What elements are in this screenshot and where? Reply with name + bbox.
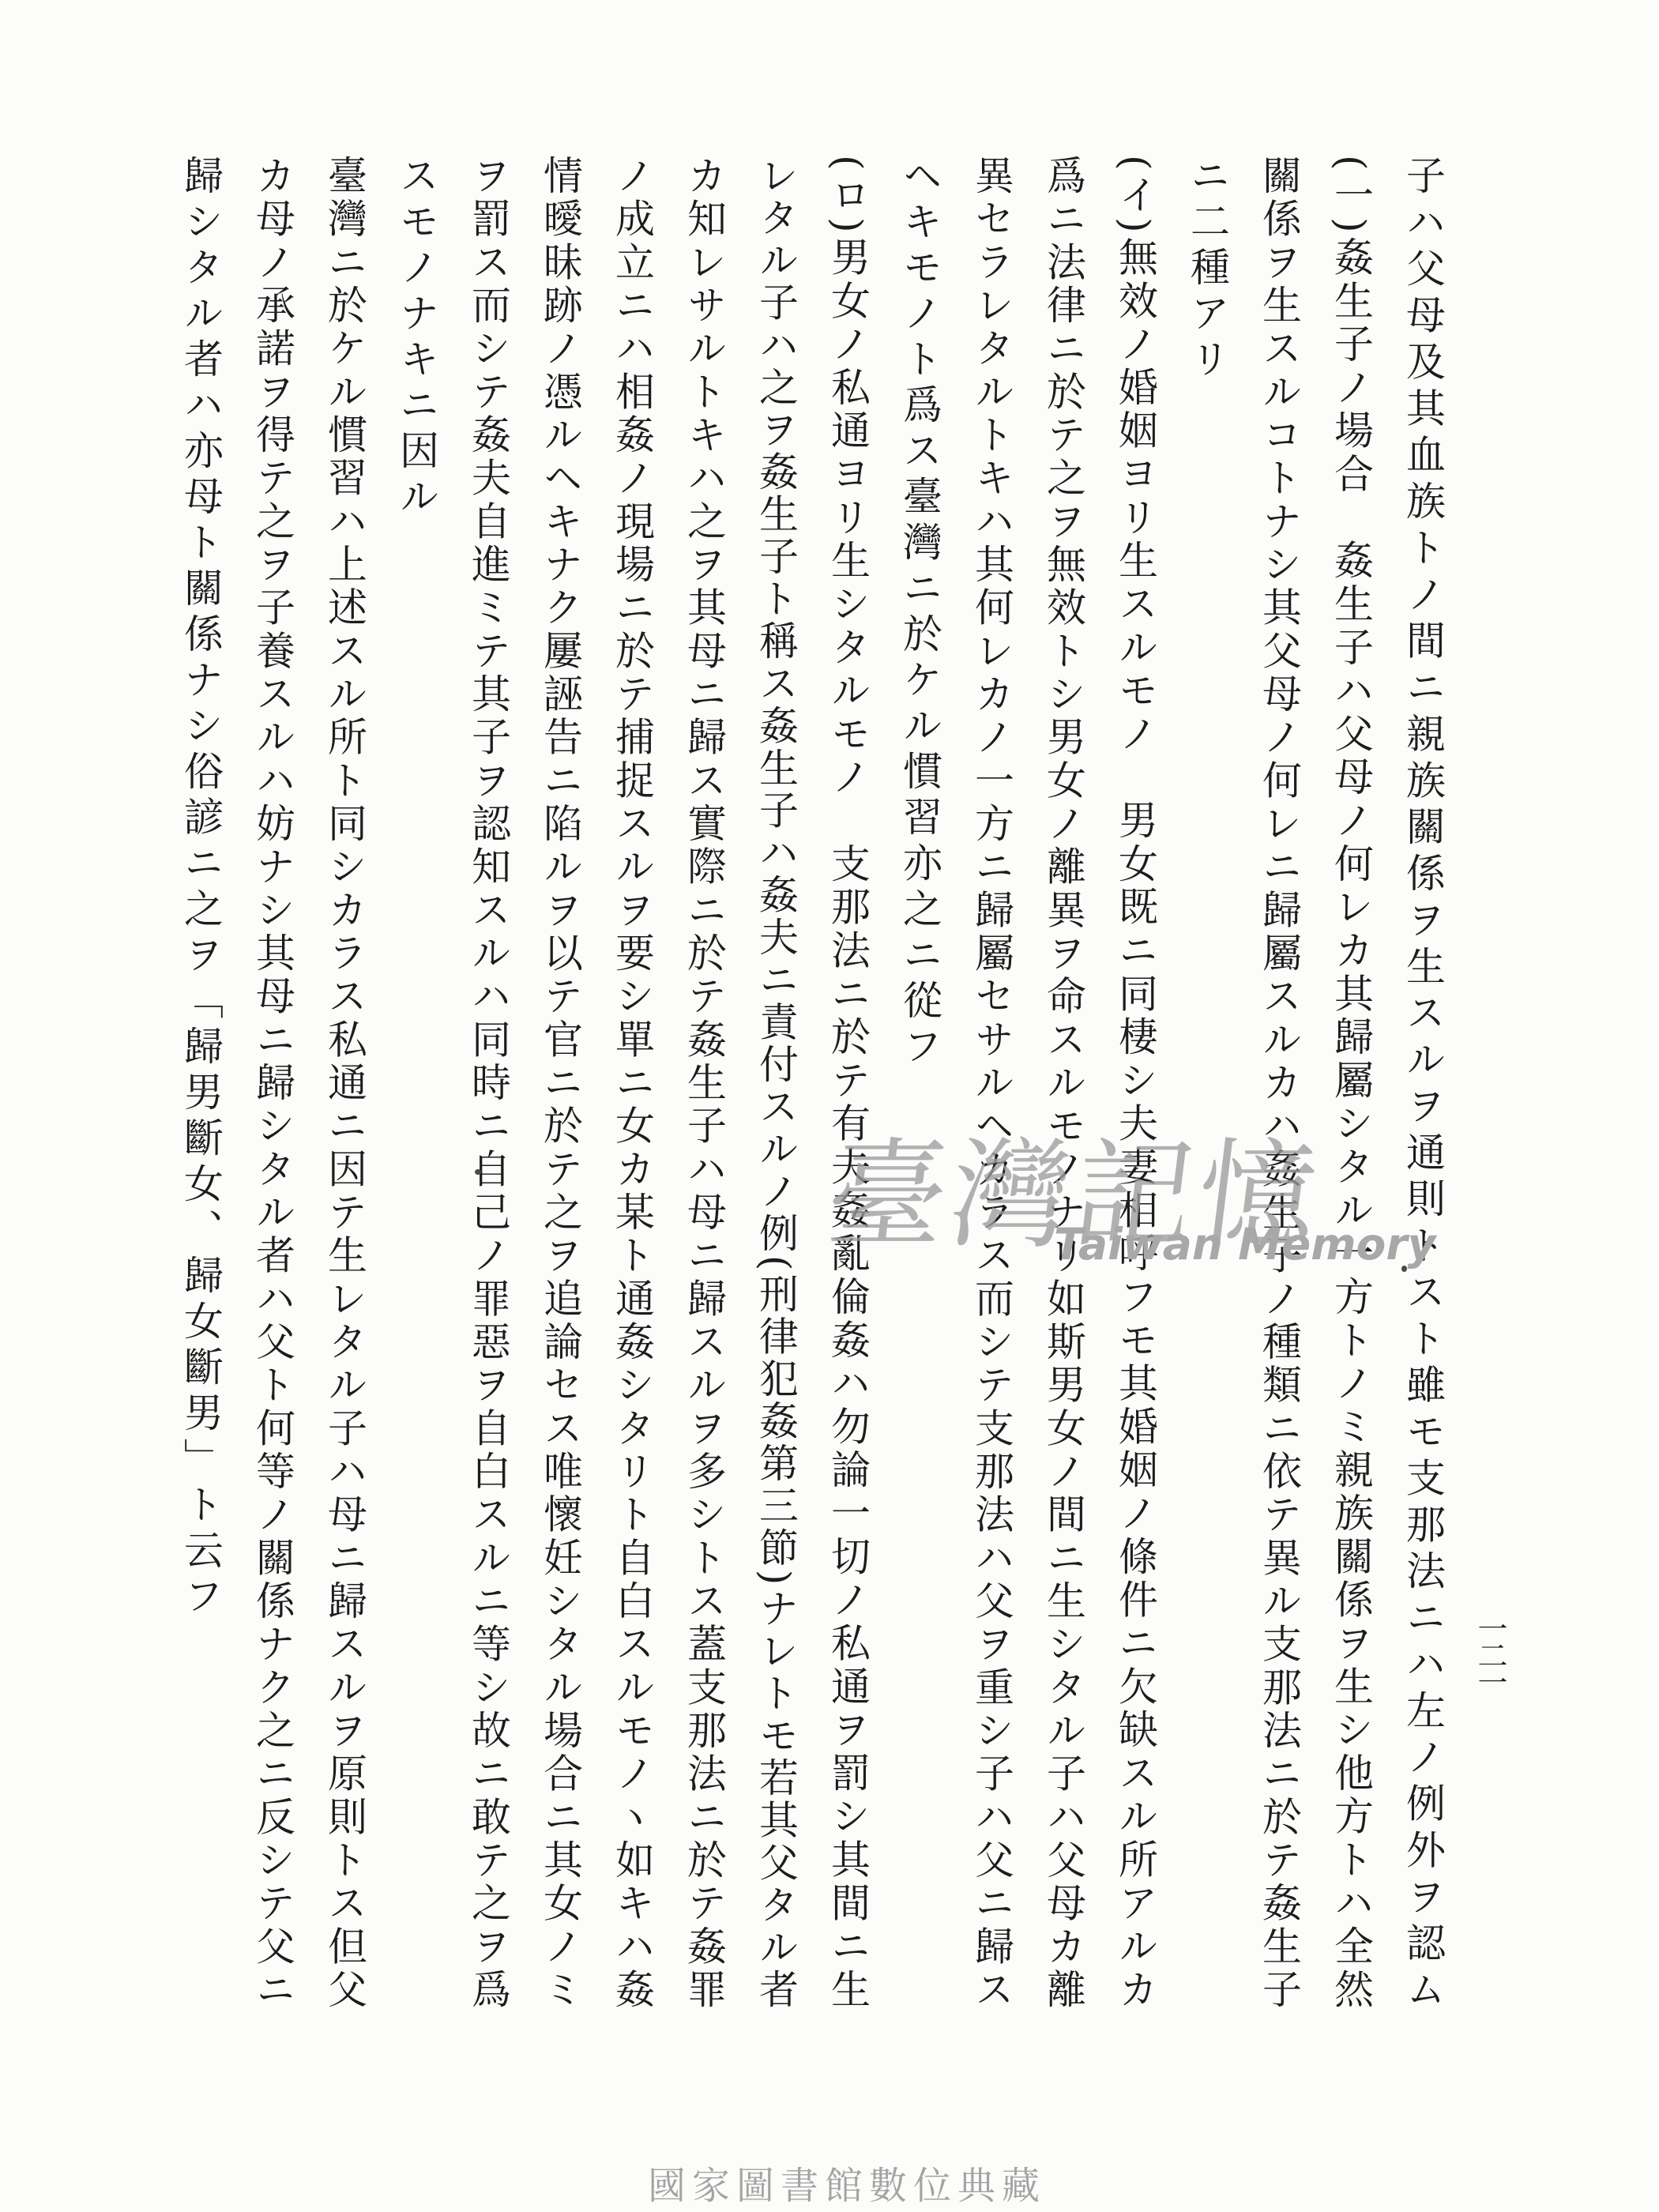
vertical-text-block: 子ハ父母及其血族トノ間ニ親族關係ヲ生スルヲ通則トスト雖モ支那法ニハ左ノ例外ヲ認ム… <box>164 155 1458 2008</box>
text-column: カ母ノ承諾ヲ得テ之ヲ子養スルハ妨ナシ其母ニ歸シタル者ハ父ト何等ノ關係ナク之ニ反シ… <box>236 155 308 2008</box>
text-column: ヘキモノト爲ス臺灣ニ於ケル慣習亦之ニ從フ <box>883 155 955 2008</box>
text-column: 臺灣ニ於ケル慣習ハ上述スル所ト同シカラス私通ニ因テ生レタル子ハ母ニ歸スルヲ原則ト… <box>308 155 380 2008</box>
text-column: (一)姦生子ノ場合 姦生子ハ父母ノ何レカ其歸屬シタル一方トノミ親族關係ヲ生シ他方… <box>1315 155 1386 2008</box>
text-column: 子ハ父母及其血族トノ間ニ親族關係ヲ生スルヲ通則トスト雖モ支那法ニハ左ノ例外ヲ認ム <box>1386 155 1458 2008</box>
text-column: ヲ罰ス而シテ姦夫自進ミテ其子ヲ認知スルハ同時ニ自己ノ罪惡ヲ自白スルニ等シ故ニ敢テ… <box>452 155 524 2008</box>
text-column: (イ)無效ノ婚姻ヨリ生スルモノ 男女既ニ同棲シ夫妻相呼フモ其婚姻ノ條件ニ欠缺スル… <box>1099 155 1171 2008</box>
text-column: 情曖昧跡ノ憑ルヘキナク屢誣告ニ陷ルヲ以テ官ニ於テ之ヲ追論セス唯懷妊シタル場合ニ其… <box>524 155 596 2008</box>
text-column: レタル子ハ之ヲ姦生子ト稱ス姦生子ハ姦夫ニ責付スルノ例(刑律犯姦第三節)ナレトモ若… <box>739 155 811 2008</box>
text-column: 關係ヲ生スルコトナシ其父母ノ何レニ歸屬スルカハ姦生子ノ種類ニ依テ異ル支那法ニ於テ… <box>1243 155 1315 2008</box>
text-column: カ知レサルトキハ之ヲ其母ニ歸ス實際ニ於テ姦生子ハ母ニ歸スルヲ多シトス蓋支那法ニ於… <box>668 155 739 2008</box>
text-column: ノ成立ニハ相姦ノ現場ニ於テ捕捉スルヲ要シ單ニ女カ某ト通姦シタリト自白スルモノヽ如… <box>596 155 668 2008</box>
text-column: (ロ)男女ノ私通ヨリ生シタルモノ 支那法ニ於テ有夫姦亂倫姦ハ勿論一切ノ私通ヲ罰シ… <box>811 155 883 2008</box>
text-column: 爲ニ法律ニ於テ之ヲ無效トシ男女ノ離異ヲ命スルモノナリ如斯男女ノ間ニ生シタル子ハ父… <box>1027 155 1099 2008</box>
national-library-digital-archive-credit: 國家圖書館數位典藏 <box>648 2155 1046 2210</box>
text-column: 異セラレタルトキハ其何レカノ一方ニ歸屬セサルヘカラス而シテ支那法ハ父ヲ重シ子ハ父… <box>955 155 1027 2008</box>
text-column: 歸シタル者ハ亦母ト關係ナシ俗諺ニ之ヲ「歸男斷女、歸女斷男」ト云フ <box>164 155 236 2008</box>
scanned-document-page: 子ハ父母及其血族トノ間ニ親族關係ヲ生スルヲ通則トスト雖モ支那法ニハ左ノ例外ヲ認ム… <box>0 0 1659 2212</box>
page-number: 一二一 <box>1469 1613 1512 1694</box>
text-column: ニ二種アリ <box>1171 155 1243 2008</box>
ink-speck <box>1401 1266 1407 1272</box>
text-column: スモノナキニ因ル <box>380 155 452 2008</box>
ink-speck <box>475 1169 481 1175</box>
